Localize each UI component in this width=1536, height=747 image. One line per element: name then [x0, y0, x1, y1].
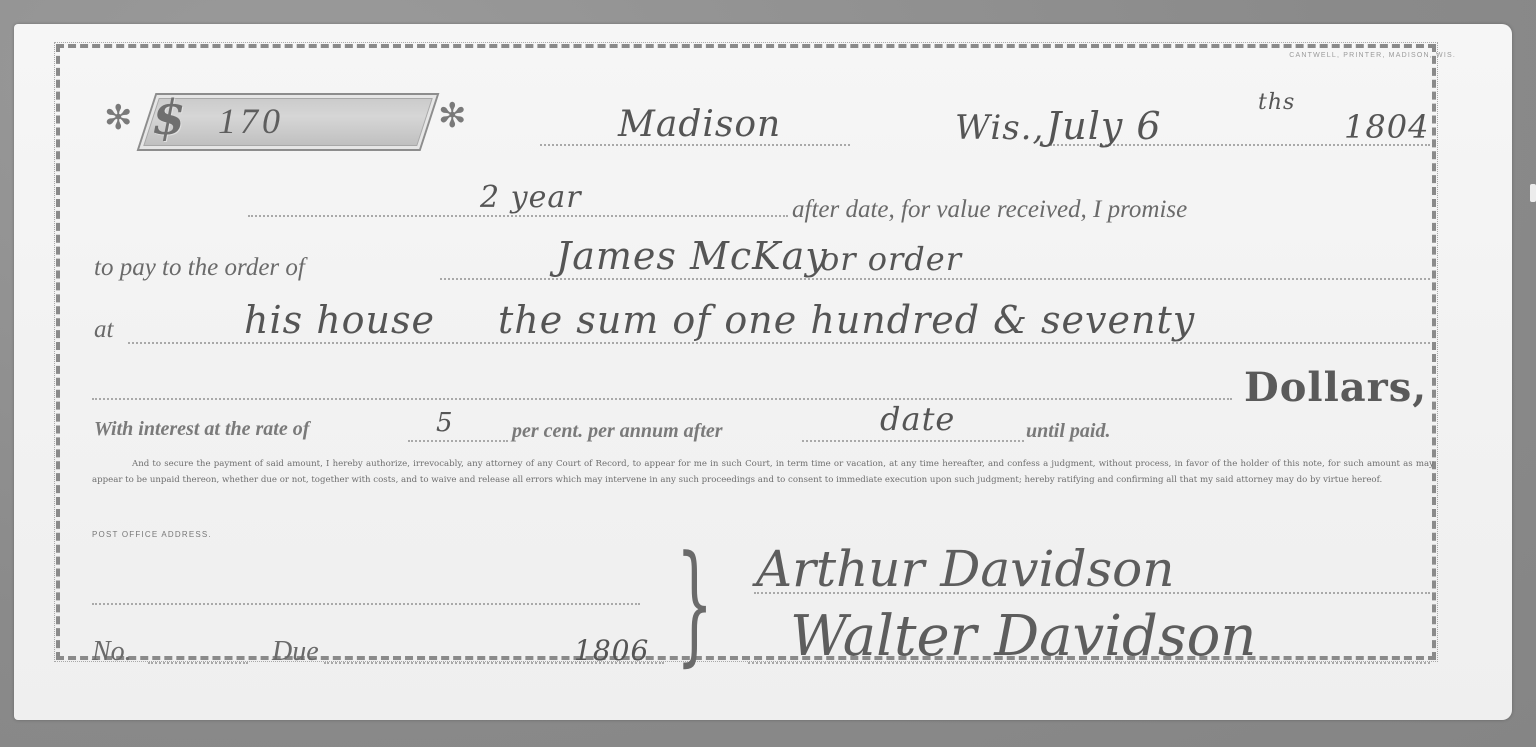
payee-suffix-handwritten: or order: [820, 240, 962, 278]
date-day-suffix: ths: [1258, 90, 1295, 115]
place-of-payment-handwritten: his house: [244, 298, 435, 342]
term-line: [248, 215, 788, 217]
line2-printed: to pay to the order of: [94, 254, 305, 282]
dollars-label: Dollars,: [1244, 364, 1427, 411]
no-line: [148, 662, 248, 664]
no-label: No.: [92, 636, 132, 668]
amount-dollar-sign: $: [152, 90, 185, 146]
signature-2: Walter Davidson: [790, 604, 1256, 669]
interest-prefix: With interest at the rate of: [94, 418, 309, 441]
place-handwritten: Madison: [618, 104, 781, 145]
ornament-left-icon: ✻: [104, 98, 133, 138]
interest-after-handwritten: date: [880, 400, 955, 438]
signature-1: Arthur Davidson: [756, 540, 1174, 598]
date-month-day: July 6: [1046, 104, 1162, 148]
edge-mark: [1530, 184, 1536, 202]
date-year: 1804: [1344, 108, 1429, 146]
post-office-address-label: POST OFFICE ADDRESS.: [92, 530, 212, 539]
amount-value: 170: [218, 100, 284, 142]
sum-text-handwritten: the sum of one hundred & seventy: [498, 298, 1195, 342]
judgment-clause-fine-print: And to secure the payment of said amount…: [92, 457, 1434, 488]
line3-printed: at: [94, 316, 113, 344]
rate-line: [408, 440, 508, 442]
payee-handwritten: James McKay: [556, 234, 828, 278]
state-label: Wis.,: [955, 108, 1044, 148]
post-office-address-line: [92, 603, 640, 605]
interest-rate-handwritten: 5: [436, 408, 454, 438]
ornament-right-icon: ✻: [438, 96, 467, 136]
signature-brace: }: [676, 538, 713, 668]
interest-middle: per cent. per annum after: [512, 420, 723, 443]
payee-line: [440, 278, 1430, 280]
sum-line: [128, 342, 1430, 344]
interest-after-line: [802, 440, 1024, 442]
line1-printed: after date, for value received, I promis…: [792, 196, 1187, 224]
due-label: Due: [272, 636, 319, 668]
interest-suffix: until paid.: [1026, 420, 1110, 443]
due-year-handwritten: 1806: [574, 634, 649, 667]
term-handwritten: 2 year: [480, 180, 582, 215]
dollars-line: [92, 398, 1232, 400]
